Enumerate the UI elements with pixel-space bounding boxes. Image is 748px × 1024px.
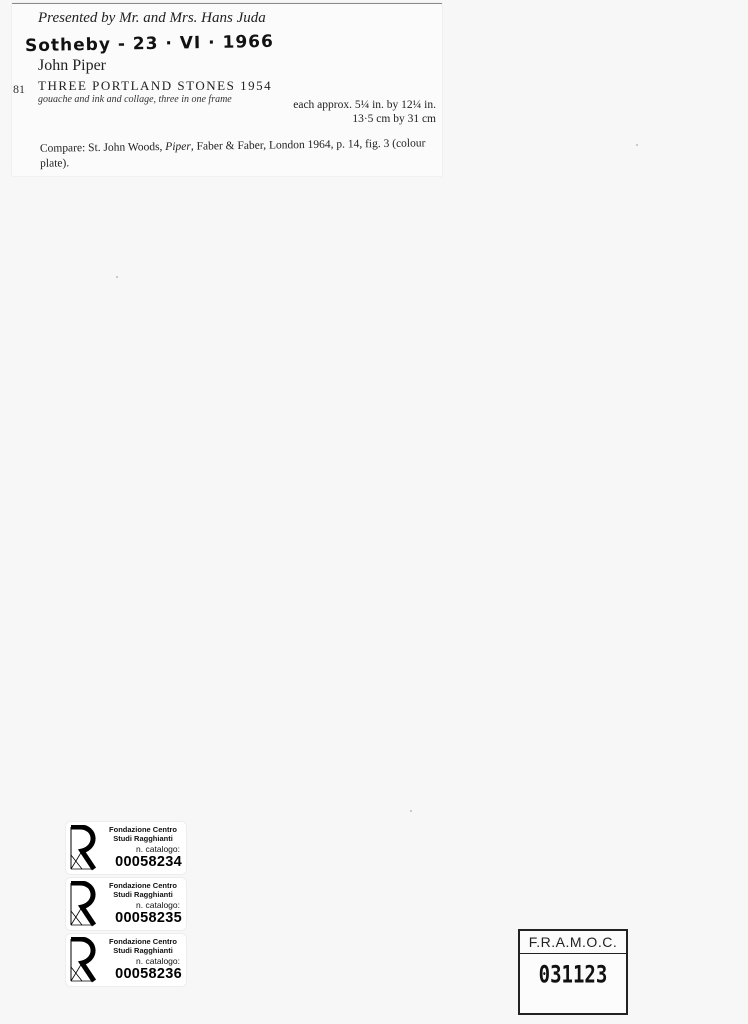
catalog-sticker: Fondazione Centro Studi Ragghianti n. ca… [66, 934, 186, 986]
sticker-catalog-label: n. catalogo: [136, 844, 180, 854]
ragghianti-r-logo-icon [68, 881, 98, 927]
auction-catalog-clipping: Presented by Mr. and Mrs. Hans Juda Soth… [12, 3, 442, 176]
stamp-number: 031123 [520, 961, 626, 989]
compare-book-title: Piper [165, 141, 191, 153]
sticker-catalog-number: 00058235 [115, 910, 182, 926]
catalog-sticker: Fondazione Centro Studi Ragghianti n. ca… [66, 878, 186, 930]
sticker-org-name: Fondazione Centro Studi Ragghianti [102, 881, 184, 899]
sticker-catalog-number: 00058234 [115, 854, 182, 870]
paper-speck [116, 276, 118, 278]
sticker-org-name: Fondazione Centro Studi Ragghianti [102, 825, 184, 843]
sticker-catalog-label: n. catalogo: [136, 956, 180, 966]
artwork-medium: gouache and ink and collage, three in on… [38, 94, 232, 105]
catalog-sticker: Fondazione Centro Studi Ragghianti n. ca… [66, 822, 186, 874]
sticker-catalog-label: n. catalogo: [136, 900, 180, 910]
framoc-inventory-stamp: F.R.A.M.O.C. 031123 [518, 929, 628, 1015]
ragghianti-r-logo-icon [68, 825, 98, 871]
paper-speck [636, 144, 638, 146]
compare-prefix: Compare: St. John Woods, [40, 141, 166, 155]
artist-name: John Piper [38, 57, 106, 75]
handwritten-sale-note: Sotheby - 23 · VI · 1966 [25, 32, 274, 56]
sticker-catalog-number: 00058236 [115, 966, 182, 982]
stamp-header: F.R.A.M.O.C. [520, 931, 626, 954]
dimensions-cm: 13·5 cm by 31 cm [352, 113, 436, 125]
sticker-org-name: Fondazione Centro Studi Ragghianti [102, 937, 184, 955]
compare-reference: Compare: St. John Woods, Piper, Faber & … [40, 136, 440, 172]
provenance-line: Presented by Mr. and Mrs. Hans Juda [38, 10, 266, 27]
ragghianti-r-logo-icon [68, 937, 98, 983]
dimensions-inches: each approx. 5¼ in. by 12¼ in. [293, 99, 436, 111]
lot-number: 81 [13, 82, 25, 97]
artwork-title: THREE PORTLAND STONES 1954 [38, 78, 272, 94]
paper-speck [410, 810, 412, 812]
